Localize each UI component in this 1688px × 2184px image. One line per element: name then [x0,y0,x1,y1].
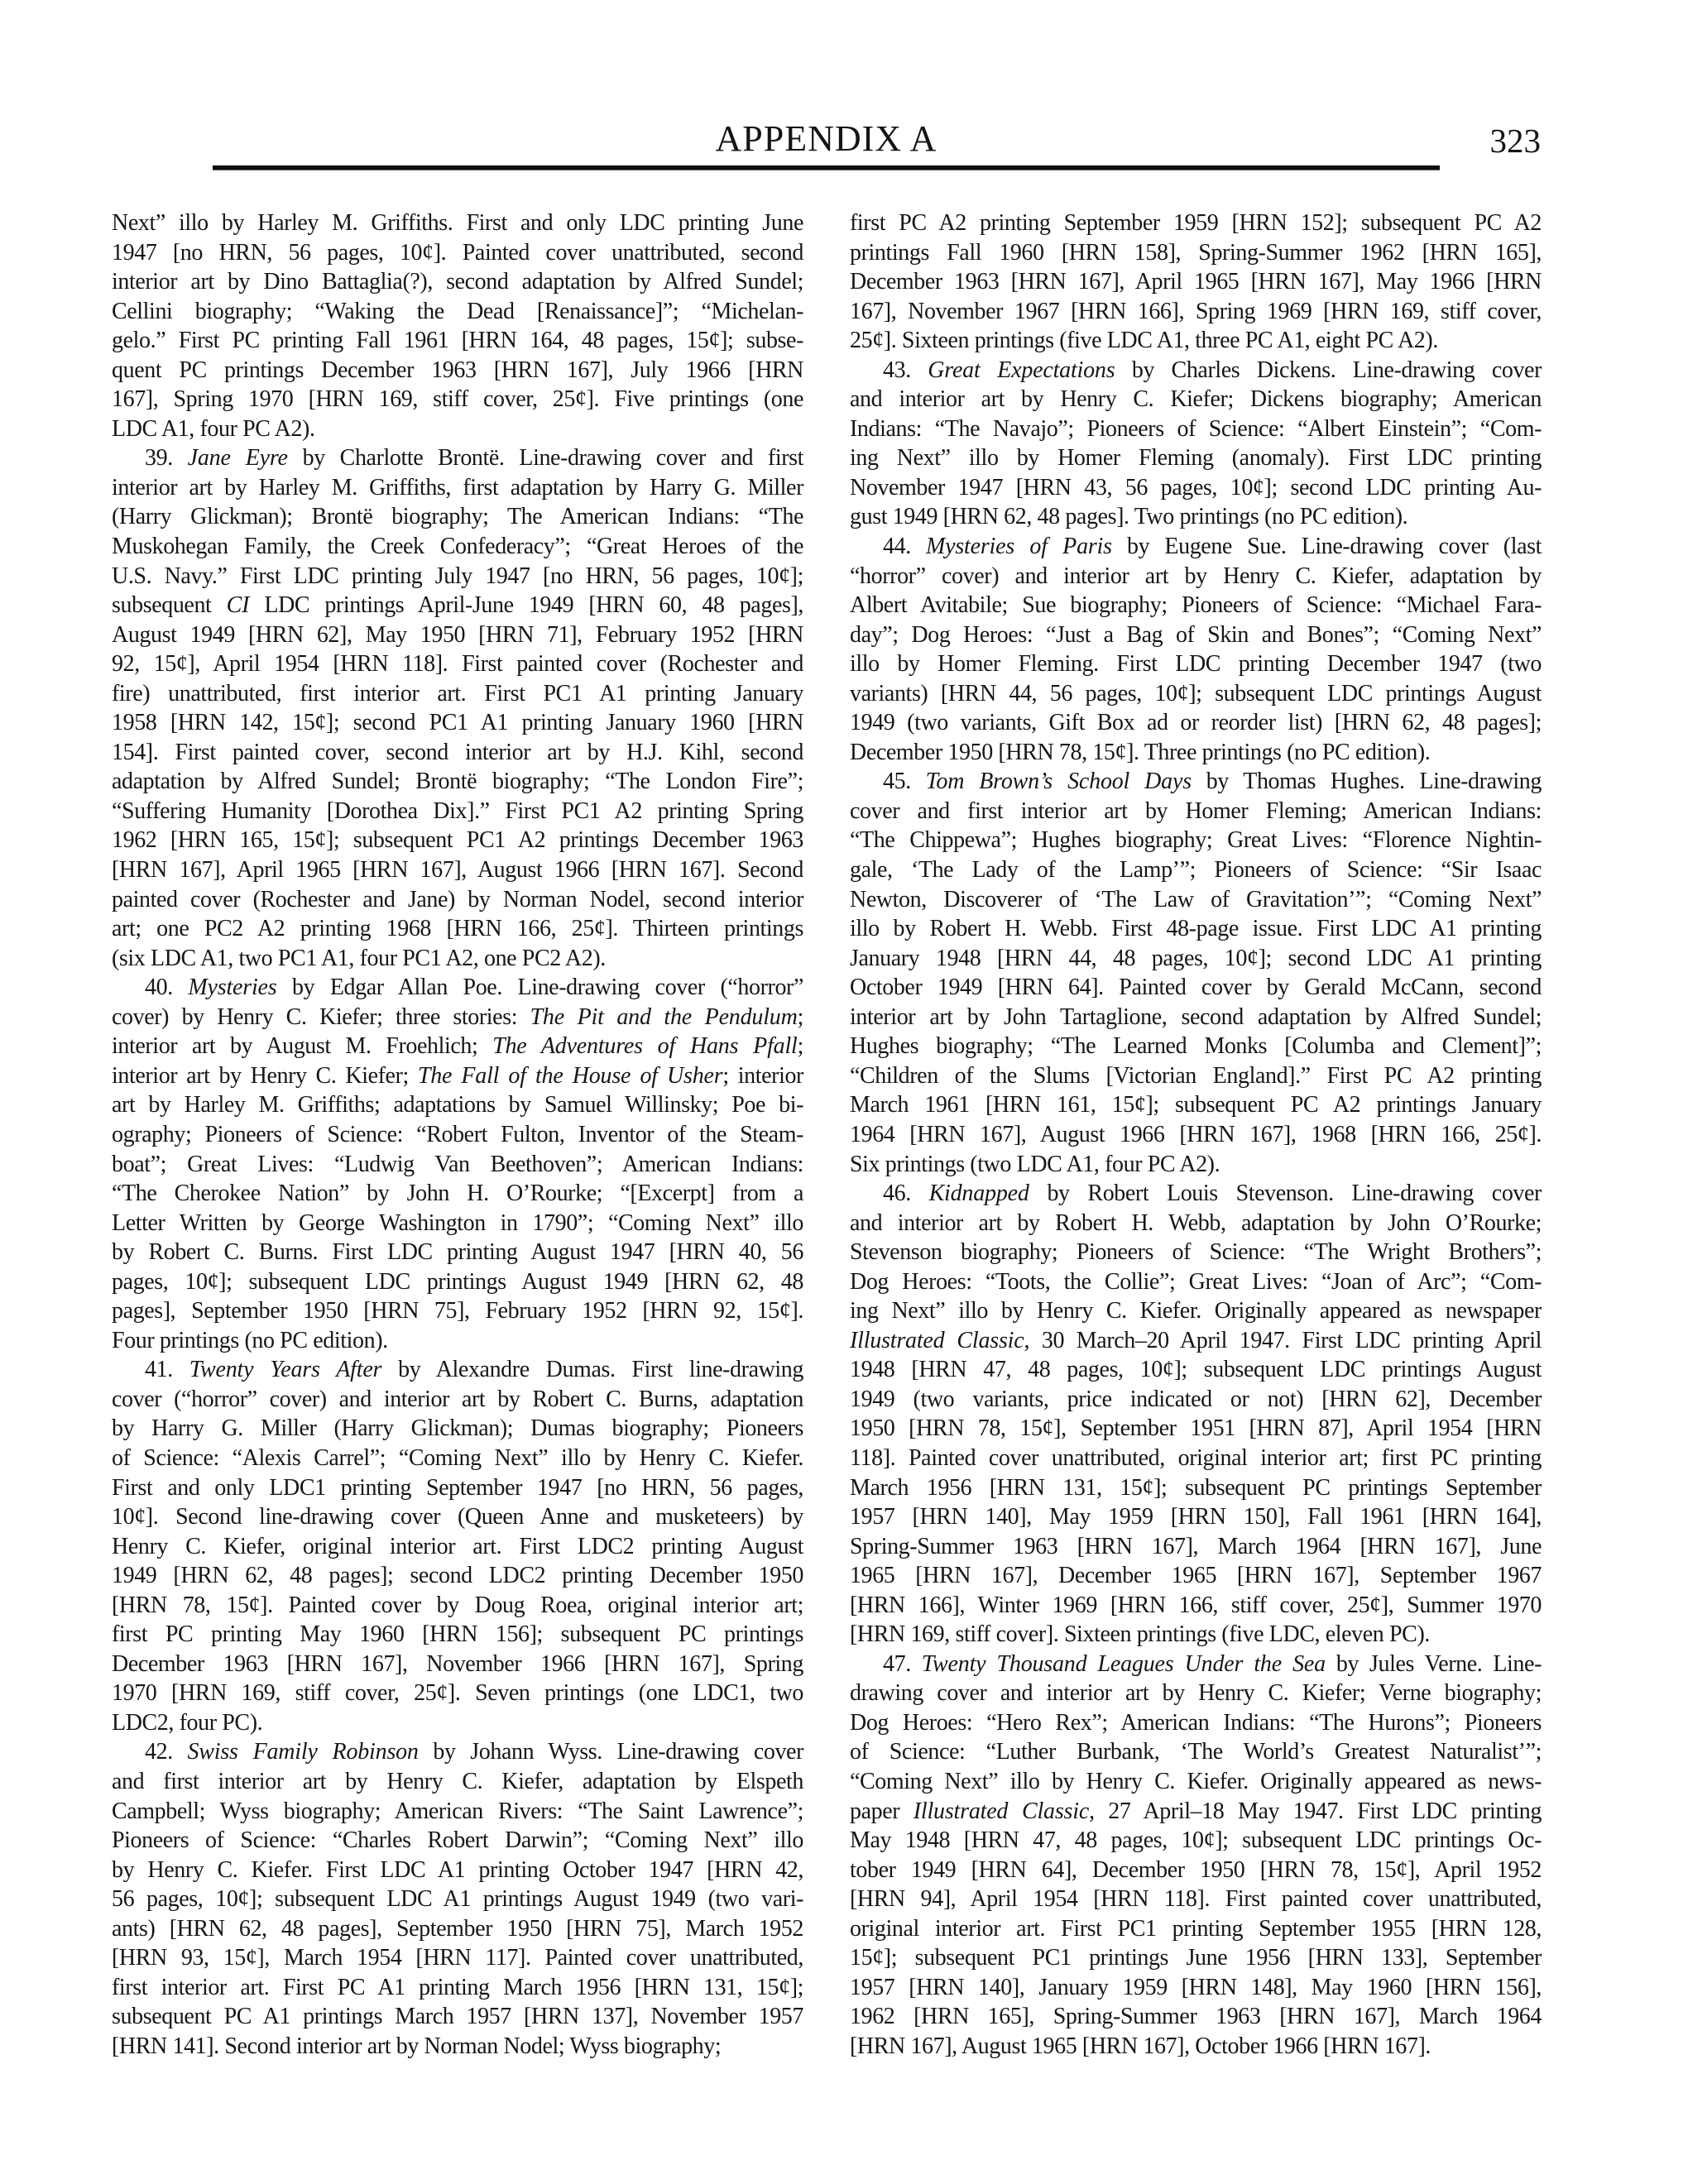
text-line: of Science: “Luther Burbank, ‘The World’… [850,1737,1542,1767]
text-line: gelo.” First PC printing Fall 1961 [HRN … [112,326,803,356]
text-line: variants) [HRN 44, 56 pages, 10¢]; subse… [850,679,1542,709]
text-line: boat”; Great Lives: “Ludwig Van Beethove… [112,1150,803,1180]
text-line: painted cover (Rochester and Jane) by No… [112,885,803,915]
text-line: Spring-Summer 1963 [HRN 167], March 1964… [850,1532,1542,1562]
text-line: art by Harley M. Griffiths; adaptations … [112,1090,803,1120]
text-line: of Science: “Alexis Carrel”; “Coming Nex… [112,1444,803,1473]
text-line: printings Fall 1960 [HRN 158], Spring-Su… [850,238,1542,268]
text-line: Cellini biography; “Waking the Dead [Ren… [112,297,803,327]
text-line: [HRN 166], Winter 1969 [HRN 166, stiff c… [850,1591,1542,1621]
text-line: ants) [HRN 62, 48 pages], September 1950… [112,1914,803,1944]
text-line: ography; Pioneers of Science: “Robert Fu… [112,1120,803,1150]
text-line: pages], September 1950 [HRN 75], Februar… [112,1296,803,1326]
text-line: subsequent CI LDC printings April-June 1… [112,591,803,620]
text-line: “Coming Next” illo by Henry C. Kiefer. O… [850,1767,1542,1797]
text-line: illo by Homer Fleming. First LDC printin… [850,649,1542,679]
paragraph: 43. Great Expectations by Charles Dicken… [850,356,1542,532]
text-line: December 1963 [HRN 167], November 1966 [… [112,1650,803,1679]
text-line: October 1949 [HRN 64]. Painted cover by … [850,973,1542,1003]
text-line: 42. Swiss Family Robinson by Johann Wyss… [112,1737,803,1767]
text-line: March 1961 [HRN 161, 15¢]; subsequent PC… [850,1090,1542,1120]
text-line: November 1947 [HRN 43, 56 pages, 10¢]; s… [850,473,1542,503]
text-line: 1950 [HRN 78, 15¢], September 1951 [HRN … [850,1414,1542,1444]
text-line: 15¢]; subsequent PC1 printings June 1956… [850,1943,1542,1973]
text-line: [HRN 94], April 1954 [HRN 118]. First pa… [850,1885,1542,1914]
paragraph: first PC A2 printing September 1959 [HRN… [850,208,1542,356]
text-line: paper Illustrated Classic, 27 April–18 M… [850,1797,1542,1827]
text-line: 46. Kidnapped by Robert Louis Stevenson.… [850,1179,1542,1209]
text-line: gale, ‘The Lady of the Lamp’”; Pioneers … [850,855,1542,885]
text-line: 1962 [HRN 165, 15¢]; subsequent PC1 A2 p… [112,826,803,855]
text-line: ing Next” illo by Henry C. Kiefer. Origi… [850,1296,1542,1326]
text-line: “Suffering Humanity [Dorothea Dix].” Fir… [112,797,803,826]
text-line: 1949 (two variants, Gift Box ad or reord… [850,708,1542,738]
paragraph: 41. Twenty Years After by Alexandre Duma… [112,1355,803,1737]
book-page: APPENDIX A 323 Next” illo by Harley M. G… [0,0,1688,2184]
text-line: 1970 [HRN 169, stiff cover, 25¢]. Seven … [112,1679,803,1708]
text-line: 1947 [no HRN, 56 pages, 10¢]. Painted co… [112,238,803,268]
text-line: 1957 [HRN 140], January 1959 [HRN 148], … [850,1973,1542,2003]
text-line: ing Next” illo by Homer Fleming (anomaly… [850,443,1542,473]
text-line: first PC A2 printing September 1959 [HRN… [850,208,1542,238]
text-line: 1958 [HRN 142, 15¢]; second PC1 A1 print… [112,708,803,738]
text-line: March 1956 [HRN 131, 15¢]; subsequent PC… [850,1473,1542,1503]
text-line: 45. Tom Brown’s School Days by Thomas Hu… [850,767,1542,797]
text-line: interior art by Dino Battaglia(?), secon… [112,267,803,297]
text-line: [HRN 78, 15¢]. Painted cover by Doug Roe… [112,1591,803,1621]
text-line: U.S. Navy.” First LDC printing July 1947… [112,562,803,591]
text-line: Henry C. Kiefer, original interior art. … [112,1532,803,1562]
running-head-title: APPENDIX A [213,121,1440,157]
text-line: 167], November 1967 [HRN 166], Spring 19… [850,297,1542,327]
text-line: Dog Heroes: “Toots, the Collie”; Great L… [850,1267,1542,1297]
text-line: (six LDC A1, two PC1 A1, four PC1 A2, on… [112,944,803,974]
text-line: [HRN 169, stiff cover]. Sixteen printing… [850,1620,1542,1650]
text-line: Pioneers of Science: “Charles Robert Dar… [112,1826,803,1856]
text-line: drawing cover and interior art by Henry … [850,1679,1542,1708]
text-line: 25¢]. Sixteen printings (five LDC A1, th… [850,326,1542,356]
paragraph: Next” illo by Harley M. Griffiths. First… [112,208,803,443]
text-line: LDC2, four PC). [112,1708,803,1738]
text-line: cover (“horror” cover) and interior art … [112,1385,803,1415]
text-line: Next” illo by Harley M. Griffiths. First… [112,208,803,238]
text-line: December 1950 [HRN 78, 15¢]. Three print… [850,738,1542,768]
text-line: 1965 [HRN 167], December 1965 [HRN 167],… [850,1561,1542,1591]
text-line: “The Chippewa”; Hughes biography; Great … [850,826,1542,855]
text-line: adaptation by Alfred Sundel; Brontë biog… [112,767,803,797]
text-line: 118]. Painted cover unattributed, origin… [850,1444,1542,1473]
text-line: day”; Dog Heroes: “Just a Bag of Skin an… [850,620,1542,650]
text-line: Dog Heroes: “Hero Rex”; American Indians… [850,1708,1542,1738]
text-line: LDC A1, four PC A2). [112,414,803,444]
text-line: Muskohegan Family, the Creek Confederacy… [112,532,803,562]
text-line: first PC printing May 1960 [HRN 156]; su… [112,1620,803,1650]
text-line: 43. Great Expectations by Charles Dicken… [850,356,1542,386]
paragraph: 39. Jane Eyre by Charlotte Brontë. Line-… [112,443,803,973]
text-line: interior art by Henry C. Kiefer; The Fal… [112,1061,803,1091]
page-number: 323 [1291,124,1541,158]
text-line: quent PC printings December 1963 [HRN 16… [112,356,803,386]
text-line: 1949 [HRN 62, 48 pages]; second LDC2 pri… [112,1561,803,1591]
text-line: pages, 10¢]; subsequent LDC printings Au… [112,1267,803,1297]
text-line: 1964 [HRN 167], August 1966 [HRN 167], 1… [850,1120,1542,1150]
text-line: cover and first interior art by Homer Fl… [850,797,1542,826]
text-line: Illustrated Classic, 30 March–20 April 1… [850,1326,1542,1356]
text-line: fire) unattributed, first interior art. … [112,679,803,709]
text-line: [HRN 167], August 1965 [HRN 167], Octobe… [850,2032,1542,2062]
text-line: subsequent PC A1 printings March 1957 [H… [112,2002,803,2032]
paragraph: 44. Mysteries of Paris by Eugene Sue. Li… [850,532,1542,767]
text-line: by Harry G. Miller (Harry Glickman); Dum… [112,1414,803,1444]
paragraph: 46. Kidnapped by Robert Louis Stevenson.… [850,1179,1542,1650]
text-line: 1957 [HRN 140], May 1959 [HRN 150], Fall… [850,1502,1542,1532]
text-line: Albert Avitabile; Sue biography; Pioneer… [850,591,1542,620]
text-line: First and only LDC1 printing September 1… [112,1473,803,1503]
text-line: [HRN 167], April 1965 [HRN 167], August … [112,855,803,885]
text-line: interior art by August M. Froehlich; The… [112,1032,803,1061]
text-line: tober 1949 [HRN 64], December 1950 [HRN … [850,1856,1542,1885]
text-line: Stevenson biography; Pioneers of Science… [850,1238,1542,1267]
text-line: interior art by John Tartaglione, second… [850,1003,1542,1032]
text-line: 92, 15¢], April 1954 [HRN 118]. First pa… [112,649,803,679]
text-line: Campbell; Wyss biography; American River… [112,1797,803,1827]
text-line: first interior art. First PC A1 printing… [112,1973,803,2003]
text-line: Newton, Discoverer of ‘The Law of Gravit… [850,885,1542,915]
text-line: Four printings (no PC edition). [112,1326,803,1356]
text-line: and first interior art by Henry C. Kiefe… [112,1767,803,1797]
text-line: 167], Spring 1970 [HRN 169, stiff cover,… [112,385,803,414]
text-line: original interior art. First PC1 printin… [850,1914,1542,1944]
paragraph: 40. Mysteries by Edgar Allan Poe. Line-d… [112,973,803,1355]
paragraph: 45. Tom Brown’s School Days by Thomas Hu… [850,767,1542,1179]
text-line: illo by Robert H. Webb. First 48-page is… [850,914,1542,944]
text-line: Letter Written by George Washington in 1… [112,1209,803,1238]
text-line: 56 pages, 10¢]; subsequent LDC A1 printi… [112,1885,803,1914]
text-line: and interior art by Henry C. Kiefer; Dic… [850,385,1542,414]
text-line: 41. Twenty Years After by Alexandre Duma… [112,1355,803,1385]
text-line: “The Cherokee Nation” by John H. O’Rourk… [112,1179,803,1209]
text-line: 1962 [HRN 165], Spring-Summer 1963 [HRN … [850,2002,1542,2032]
paragraph: 42. Swiss Family Robinson by Johann Wyss… [112,1737,803,2061]
paragraph: 47. Twenty Thousand Leagues Under the Se… [850,1650,1542,2062]
text-line: by Henry C. Kiefer. First LDC A1 printin… [112,1856,803,1885]
text-line: January 1948 [HRN 44, 48 pages, 10¢]; se… [850,944,1542,974]
text-line: cover) by Henry C. Kiefer; three stories… [112,1003,803,1032]
text-line: 10¢]. Second line-drawing cover (Queen A… [112,1502,803,1532]
text-line: Indians: “The Navajo”; Pioneers of Scien… [850,414,1542,444]
text-line: “horror” cover) and interior art by Henr… [850,562,1542,591]
text-line: by Robert C. Burns. First LDC printing A… [112,1238,803,1267]
header-rule [213,165,1440,170]
text-line: 1949 (two variants, price indicated or n… [850,1385,1542,1415]
text-line: 47. Twenty Thousand Leagues Under the Se… [850,1650,1542,1679]
text-line: Six printings (two LDC A1, four PC A2). [850,1150,1542,1180]
text-line: 154]. First painted cover, second interi… [112,738,803,768]
text-column-left: Next” illo by Harley M. Griffiths. First… [112,208,803,2061]
text-line: “Children of the Slums [Victorian Englan… [850,1061,1542,1091]
text-line: [HRN 93, 15¢], March 1954 [HRN 117]. Pai… [112,1943,803,1973]
text-line: and interior art by Robert H. Webb, adap… [850,1209,1542,1238]
text-line: 40. Mysteries by Edgar Allan Poe. Line-d… [112,973,803,1003]
text-line: 39. Jane Eyre by Charlotte Brontë. Line-… [112,443,803,473]
text-line: August 1949 [HRN 62], May 1950 [HRN 71],… [112,620,803,650]
text-line: December 1963 [HRN 167], April 1965 [HRN… [850,267,1542,297]
text-line: 44. Mysteries of Paris by Eugene Sue. Li… [850,532,1542,562]
text-line: (Harry Glickman); Brontë biography; The … [112,502,803,532]
text-line: May 1948 [HRN 47, 48 pages, 10¢]; subseq… [850,1826,1542,1856]
text-line: 1948 [HRN 47, 48 pages, 10¢]; subsequent… [850,1355,1542,1385]
text-line: interior art by Harley M. Griffiths, fir… [112,473,803,503]
text-line: Hughes biography; “The Learned Monks [Co… [850,1032,1542,1061]
text-line: [HRN 141]. Second interior art by Norman… [112,2032,803,2062]
text-line: gust 1949 [HRN 62, 48 pages]. Two printi… [850,502,1542,532]
text-line: art; one PC2 A2 printing 1968 [HRN 166, … [112,914,803,944]
text-column-right: first PC A2 printing September 1959 [HRN… [850,208,1542,2061]
